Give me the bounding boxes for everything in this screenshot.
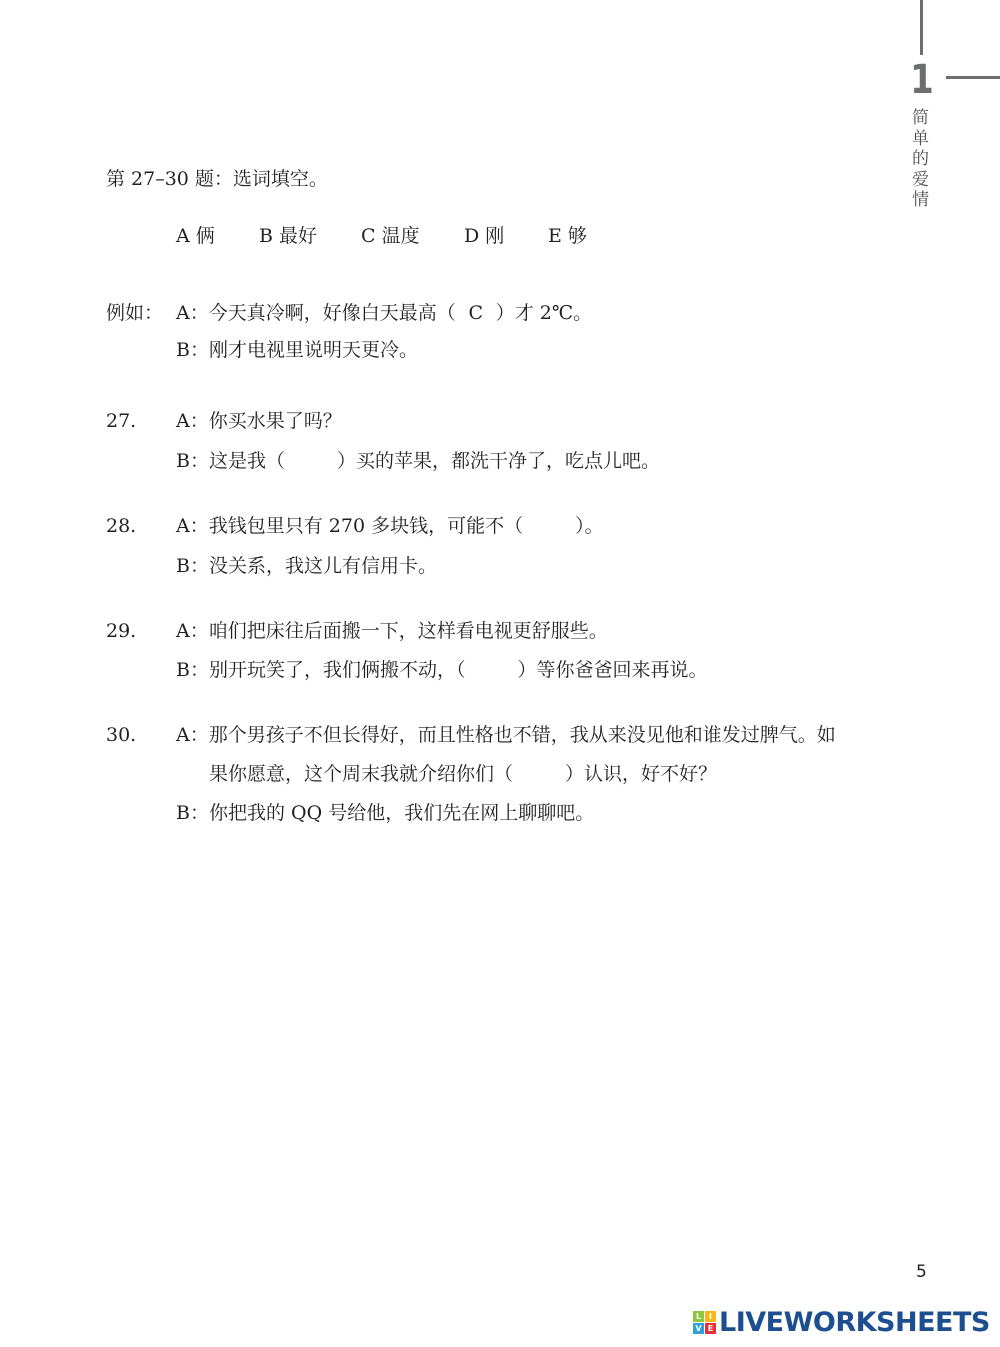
q30-line-a1: A：那个男孩子不但长得好，而且性格也不错，我从来没见他和谁发过脾气。如 [176, 724, 836, 746]
brand-name: LIVEWORKSHEETS [719, 1307, 990, 1338]
liveworksheets-logo: L I V E LIVEWORKSHEETS [693, 1307, 990, 1338]
q30-line-b: B：你把我的 QQ 号给他，我们先在网上聊聊吧。 [176, 802, 594, 824]
option-c: C 温度 [361, 225, 464, 247]
question-number-28: 28. [106, 515, 136, 537]
option-e: E 够 [548, 225, 587, 247]
chapter-divider-vertical [920, 0, 923, 55]
question-number-30: 30. [106, 724, 136, 746]
example-answer: C [456, 302, 496, 324]
q29-line-b: B：别开玩笑了，我们俩搬不动，（）等你爸爸回来再说。 [176, 659, 707, 681]
q29-line-a: A：咱们把床往后面搬一下，这样看电视更舒服些。 [176, 620, 608, 642]
question-number-27: 27. [106, 410, 136, 432]
example-line-b: B：刚才电视里说明天更冷。 [176, 339, 418, 361]
chapter-divider-horizontal [946, 76, 1000, 79]
q28-line-a: A：我钱包里只有 270 多块钱，可能不（）。 [176, 515, 604, 537]
chapter-number: 1 [910, 58, 934, 102]
instruction: 第 27–30 题：选词填空。 [106, 168, 328, 190]
question-number-29: 29. [106, 620, 136, 642]
q30-line-a2: 果你愿意，这个周末我就介绍你们（）认识，好不好？ [209, 763, 717, 785]
example-line-a: A：今天真冷啊，好像白天最高（C）才 2℃。 [176, 302, 592, 324]
option-b: B 最好 [259, 225, 361, 247]
option-a: A 俩 [176, 225, 259, 247]
q27-line-a: A：你买水果了吗？ [176, 410, 342, 432]
live-icon: L I V E [693, 1311, 716, 1334]
word-options: A 俩 B 最好 C 温度 D 刚 E 够 [176, 225, 587, 247]
q27-line-b: B：这是我（）买的苹果，都洗干净了，吃点儿吧。 [176, 450, 660, 472]
page-number: 5 [916, 1262, 927, 1282]
example-label: 例如： [106, 302, 163, 324]
option-d: D 刚 [464, 225, 548, 247]
q28-line-b: B：没关系，我这儿有信用卡。 [176, 555, 437, 577]
chapter-title: 简单的爱情 [912, 108, 932, 211]
